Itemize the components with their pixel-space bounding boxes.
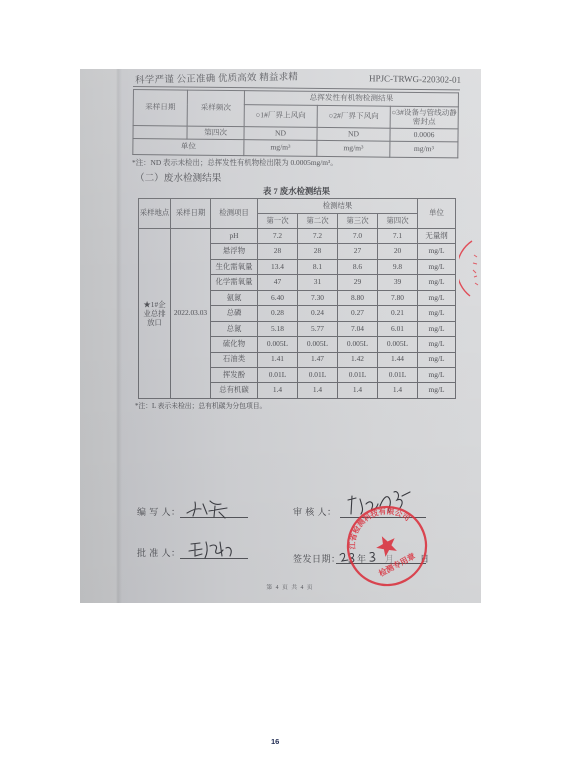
voc-results-table: 采样日期 采样频次 总挥发性有机物检测结果 ○1#厂界上风向 ○2#厂界下风向 … xyxy=(132,89,459,158)
cell-value: 0.005L xyxy=(258,337,298,352)
col-round-4: 第四次 xyxy=(378,214,418,229)
cell-item: 化学需氧量 xyxy=(211,275,258,290)
cell-sampling-date: 2022.03.03 xyxy=(171,229,211,399)
approver-label: 批 准 人： xyxy=(137,546,181,559)
cell-item: 石油类 xyxy=(211,352,258,367)
writer-signature xyxy=(183,496,245,520)
report-number: HPJC-TRWG-220302-01 xyxy=(369,73,461,85)
table-header-row: 采样地点 采样日期 检测项目 检测结果 单位 xyxy=(139,199,456,214)
col-round-3: 第三次 xyxy=(338,214,378,229)
cell-value: 0.01L xyxy=(378,367,418,382)
cell-value: 8.80 xyxy=(338,290,378,305)
col-point-1: ○1#厂界上风向 xyxy=(244,105,317,128)
cell-date xyxy=(133,126,187,140)
cell-unit: mg/L xyxy=(418,383,456,398)
col-unit: 单位 xyxy=(418,199,456,229)
unit-label: 单位 xyxy=(133,139,244,156)
cell-value: 0.21 xyxy=(378,306,418,321)
cell-unit: mg/L xyxy=(418,259,456,274)
cell-item: 硫化物 xyxy=(211,337,258,352)
cell-value: 7.04 xyxy=(338,321,378,336)
approver-signature xyxy=(186,536,242,560)
cell-value: 1.4 xyxy=(378,383,418,398)
cell-value: 7.80 xyxy=(378,290,418,305)
cell-frequency: 第四次 xyxy=(187,126,244,140)
wastewater-table-body: ★1#企业总排放口2022.03.03pH7.27.27.07.1无量纲悬浮物2… xyxy=(139,229,456,399)
writer-label: 编 写 人： xyxy=(137,505,181,518)
col-round-2: 第二次 xyxy=(298,214,338,229)
col-point-2: ○2#厂界下风向 xyxy=(317,105,390,128)
cell-value: 0.28 xyxy=(258,306,298,321)
col-sampling-date: 采样日期 xyxy=(133,90,187,127)
document-photo: 科学严谨 公正准确 优质高效 精益求精 HPJC-TRWG-220302-01 … xyxy=(80,69,481,603)
section-title: （二）废水检测结果 xyxy=(135,170,221,184)
cell-item: pH xyxy=(211,229,258,244)
cell-value: 1.4 xyxy=(298,383,338,398)
col-date: 采样日期 xyxy=(171,199,211,229)
cell-value: 7.2 xyxy=(298,229,338,244)
cell-unit: mg/L xyxy=(418,275,456,290)
table-row: ★1#企业总排放口2022.03.03pH7.27.27.07.1无量纲 xyxy=(139,229,456,244)
cell-value: 0.27 xyxy=(338,306,378,321)
cell-unit: 无量纲 xyxy=(418,229,456,244)
cell-value: 0.005L xyxy=(338,337,378,352)
cell-unit: mg/L xyxy=(418,352,456,367)
cell-value: 29 xyxy=(338,275,378,290)
cell-value: 13.4 xyxy=(258,259,298,274)
cell-unit: mg/L xyxy=(418,321,456,336)
wastewater-note: *注：L 表示未检出；总有机碳为分包项目。 xyxy=(135,400,266,410)
cell-unit: mg/L xyxy=(418,367,456,382)
cell-item: 氨氮 xyxy=(211,290,258,305)
col-point-3: ○3#设备与管线动静密封点 xyxy=(390,106,458,129)
cell-item: 总磷 xyxy=(211,306,258,321)
table-title: 表 7 废水检测结果 xyxy=(138,185,455,197)
cell-value: 5.18 xyxy=(258,321,298,336)
cell-value: 1.41 xyxy=(258,352,298,367)
cell-item: 生化需氧量 xyxy=(211,259,258,274)
cell-value: 28 xyxy=(298,244,338,259)
col-sampling-frequency: 采样频次 xyxy=(187,90,244,127)
cell-value: 1.47 xyxy=(298,352,338,367)
photo-page-indicator: 第 4 页 共 4 页 xyxy=(240,582,340,591)
cell-value: 7.0 xyxy=(338,229,378,244)
cell-unit: mg/L xyxy=(418,290,456,305)
col-results: 检测结果 xyxy=(258,199,418,214)
issue-date-label: 签发日期： xyxy=(293,552,341,565)
cell-value: 0.01L xyxy=(298,367,338,382)
cell-value: 27 xyxy=(338,244,378,259)
cell-value: 20 xyxy=(378,244,418,259)
cell-unit: mg/L xyxy=(418,244,456,259)
cell-value: 8.1 xyxy=(298,259,338,274)
wastewater-results-table: 采样地点 采样日期 检测项目 检测结果 单位 第一次 第二次 第三次 第四次 ★… xyxy=(138,198,456,399)
page-number: 16 xyxy=(271,737,279,746)
cell-value: ND xyxy=(317,127,390,141)
col-item: 检测项目 xyxy=(211,199,258,229)
col-round-1: 第一次 xyxy=(258,214,298,229)
cell-value: 0.0006 xyxy=(390,128,458,142)
col-site: 采样地点 xyxy=(139,199,171,229)
cell-value: 1.4 xyxy=(258,383,298,398)
cell-value: 5.77 xyxy=(298,321,338,336)
cell-item: 挥发酚 xyxy=(211,367,258,382)
cell-value: 0.005L xyxy=(378,337,418,352)
cell-value: 47 xyxy=(258,275,298,290)
header-motto: 科学严谨 公正准确 优质高效 精益求精 xyxy=(135,69,298,86)
reviewer-label: 审 核 人： xyxy=(293,505,337,518)
cell-unit: mg/m³ xyxy=(390,141,458,158)
cell-value: 31 xyxy=(298,275,338,290)
cell-value: 9.8 xyxy=(378,259,418,274)
cell-value: 6.40 xyxy=(258,290,298,305)
cell-value: 1.42 xyxy=(338,352,378,367)
voc-note: *注：ND 表示未检出；总挥发性有机物检出限为 0.0005mg/m³。 xyxy=(132,157,338,168)
cell-value: 1.4 xyxy=(338,383,378,398)
cell-value: 6.01 xyxy=(378,321,418,336)
cell-item: 悬浮物 xyxy=(211,244,258,259)
stamp-star-icon xyxy=(373,531,401,558)
cell-unit: mg/m³ xyxy=(244,140,317,157)
cell-value: 28 xyxy=(258,244,298,259)
cell-value: 39 xyxy=(378,275,418,290)
cell-value: ND xyxy=(244,127,317,141)
cell-value: 7.30 xyxy=(298,290,338,305)
cell-item: 总氮 xyxy=(211,321,258,336)
partial-seal-arc xyxy=(459,239,481,299)
cell-unit: mg/L xyxy=(418,337,456,352)
unit-row: 单位 mg/m³ mg/m³ mg/m³ xyxy=(133,139,458,158)
cell-sampling-site: ★1#企业总排放口 xyxy=(139,229,171,399)
cell-value: 7.1 xyxy=(378,229,418,244)
cell-value: 0.24 xyxy=(298,306,338,321)
cell-value: 0.01L xyxy=(338,367,378,382)
cell-value: 8.6 xyxy=(338,259,378,274)
cell-value: 0.01L xyxy=(258,367,298,382)
cell-value: 1.44 xyxy=(378,352,418,367)
cell-value: 7.2 xyxy=(258,229,298,244)
stamp-bottom-text: 检测专用章 xyxy=(377,551,417,579)
cell-unit: mg/L xyxy=(418,306,456,321)
cell-item: 总有机碳 xyxy=(211,383,258,398)
cell-unit: mg/m³ xyxy=(317,140,390,157)
cell-value: 0.005L xyxy=(298,337,338,352)
